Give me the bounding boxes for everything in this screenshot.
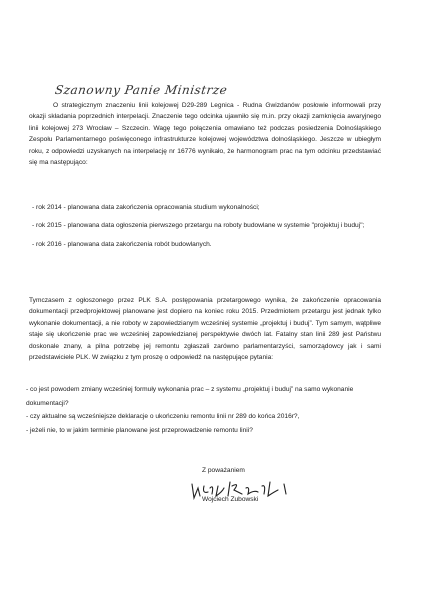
question-item: - czy aktualne są wcześniejsze deklaracj… — [26, 410, 386, 424]
question-item: - jeżeli nie, to w jakim terminie planow… — [26, 424, 386, 438]
schedule-item: - rok 2016 - planowana data zakończenia … — [32, 240, 382, 250]
handwritten-salutation: Szanowny Panie Ministrze — [54, 83, 228, 97]
paragraph-main: Tymczasem z ogłoszonego przez PLK S.A. p… — [29, 295, 381, 363]
schedule-item: - rok 2015 - planowana data ogłoszenia p… — [32, 221, 382, 231]
question-item: - co jest powodem zmiany wcześniej formu… — [26, 383, 386, 410]
paragraph-intro: O strategicznym znaczeniu linii kolejowe… — [29, 100, 381, 168]
closing-text: Z poważaniem — [202, 467, 245, 474]
signer-name: Wojciech Zubowski — [202, 496, 258, 503]
schedule-list: - rok 2014 - planowana data zakończenia … — [32, 203, 382, 258]
letter-page: Szanowny Panie Ministrze O strategicznym… — [0, 0, 421, 600]
schedule-item: - rok 2014 - planowana data zakończenia … — [32, 203, 382, 213]
questions-list: - co jest powodem zmiany wcześniej formu… — [26, 383, 386, 437]
